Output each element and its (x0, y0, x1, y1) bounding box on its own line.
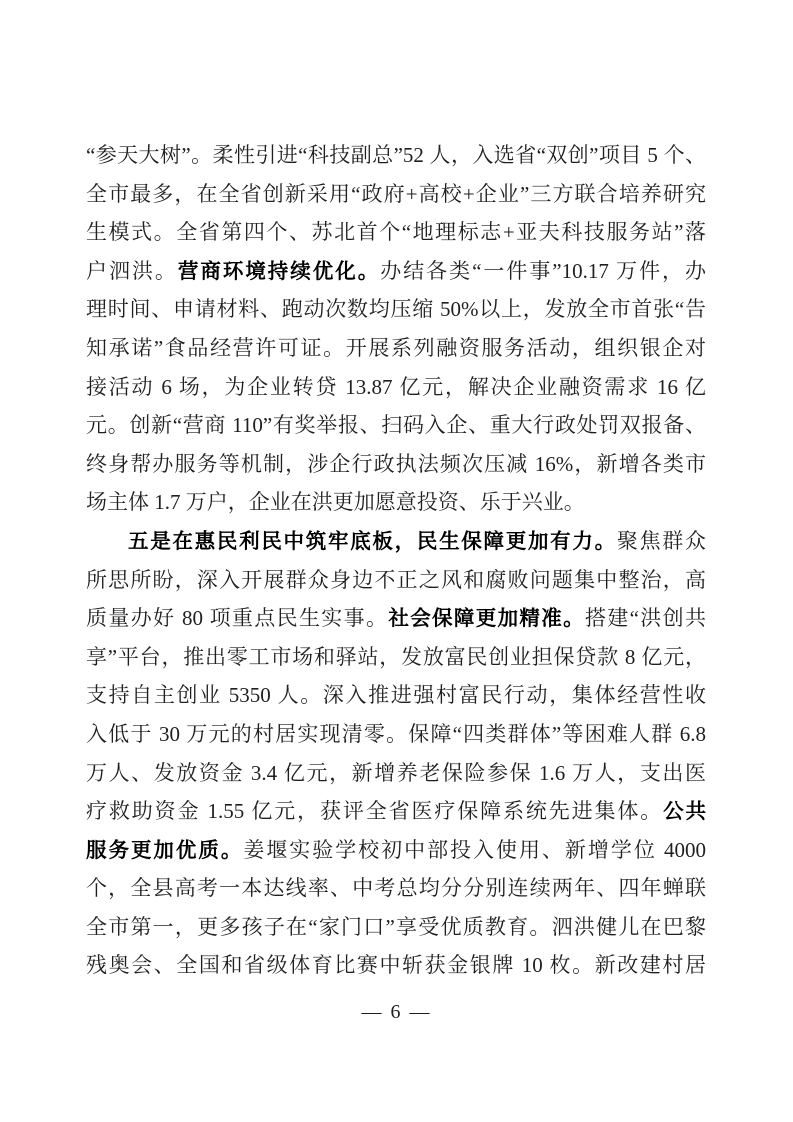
body-text: 个，全县高考一本达线率、中考总均分分别连续两年、四年蝉联 (86, 876, 706, 900)
body-text: 知承诺”食品经营许可证。开展系列融资服务活动，组织银企对 (86, 336, 706, 360)
text-line: 知承诺”食品经营许可证。开展系列融资服务活动，组织银企对 (86, 329, 706, 368)
text-line: 享”平台，推出零工市场和驿站，发放富民创业担保贷款 8 亿元， (86, 638, 706, 677)
body-text: 残奥会、全国和省级体育比赛中斩获金银牌 10 枚。新改建村居 (86, 953, 706, 977)
text-line: 终身帮办服务等机制，涉企行政执法频次压减 16%，新增各类市 (86, 445, 706, 484)
text-line: 接活动 6 场，为企业转贷 13.87 亿元，解决企业融资需求 16 亿 (86, 368, 706, 407)
body-text: 所思所盼，深入开展群众身边不正之风和腐败问题集中整治，高 (86, 568, 706, 592)
document-page: “参天大树”。柔性引进“科技副总”52 人，入选省“双创”项目 5 个、全市最多… (0, 0, 793, 1122)
text-line: 残奥会、全国和省级体育比赛中斩获金银牌 10 枚。新改建村居 (86, 946, 706, 985)
text-line: 服务更加优质。姜堰实验学校初中部投入使用、新增学位 4000 (86, 831, 706, 870)
emphasis-text: 社会保障更加精准。 (388, 607, 585, 630)
emphasis-text: 营商环境持续优化。 (178, 260, 380, 283)
emphasis-text: 五是在惠民利民中筑牢底板，民生保障更加有力。 (128, 530, 617, 553)
body-text: 全市最多，在全省创新采用“政府+高校+企业”三方联合培养研究 (86, 182, 706, 206)
body-text: 姜堰实验学校初中部投入使用、新增学位 4000 (243, 838, 706, 862)
text-line: 所思所盼，深入开展群众身边不正之风和腐败问题集中整治，高 (86, 561, 706, 600)
text-line: 万人、发放资金 3.4 亿元，新增养老保险参保 1.6 万人，支出医 (86, 754, 706, 793)
text-line: 户泗洪。营商环境持续优化。办结各类“一件事”10.17 万件，办 (86, 252, 706, 291)
text-line: 全市第一，更多孩子在“家门口”享受优质教育。泗洪健儿在巴黎 (86, 908, 706, 947)
emphasis-text: 服务更加优质。 (86, 839, 243, 862)
text-block: “参天大树”。柔性引进“科技副总”52 人，入选省“双创”项目 5 个、全市最多… (86, 136, 706, 985)
body-text: 支持自主创业 5350 人。深入推进强村富民行动，集体经营性收 (86, 683, 706, 707)
emphasis-text: 公共 (663, 800, 706, 823)
body-text: 质量办好 80 项重点民生实事。 (86, 606, 388, 630)
text-line: 全市最多，在全省创新采用“政府+高校+企业”三方联合培养研究 (86, 175, 706, 214)
body-text: 元。创新“营商 110”有奖举报、扫码入企、重大行政处罚双报备、 (86, 413, 706, 437)
text-line: 生模式。全省第四个、苏北首个“地理标志+亚夫科技服务站”落 (86, 213, 706, 252)
body-text: 生模式。全省第四个、苏北首个“地理标志+亚夫科技服务站”落 (86, 220, 706, 244)
text-line: 质量办好 80 项重点民生实事。社会保障更加精准。搭建“洪创共 (86, 599, 706, 638)
body-text: 疗救助资金 1.55 亿元，获评全省医疗保障系统先进集体。 (86, 799, 663, 823)
text-line: 五是在惠民利民中筑牢底板，民生保障更加有力。聚焦群众 (86, 522, 706, 561)
body-text: 接活动 6 场，为企业转贷 13.87 亿元，解决企业融资需求 16 亿 (86, 375, 706, 399)
text-line: 元。创新“营商 110”有奖举报、扫码入企、重大行政处罚双报备、 (86, 406, 706, 445)
body-text: 聚焦群众 (617, 529, 706, 553)
body-text: 享”平台，推出零工市场和驿站，发放富民创业担保贷款 8 亿元， (86, 645, 706, 669)
text-line: 个，全县高考一本达线率、中考总均分分别连续两年、四年蝉联 (86, 869, 706, 908)
text-line: 场主体 1.7 万户，企业在洪更加愿意投资、乐于兴业。 (86, 483, 706, 522)
page-number: — 6 — (0, 1000, 793, 1024)
body-text: 户泗洪。 (86, 259, 178, 283)
text-line: 疗救助资金 1.55 亿元，获评全省医疗保障系统先进集体。公共 (86, 792, 706, 831)
body-text: 搭建“洪创共 (585, 606, 706, 630)
body-text: 入低于 30 万元的村居实现清零。保障“四类群体”等困难人群 6.8 (86, 722, 706, 746)
text-line: 理时间、申请材料、跑动次数均压缩 50%以上，发放全市首张“告 (86, 290, 706, 329)
text-line: 支持自主创业 5350 人。深入推进强村富民行动，集体经营性收 (86, 676, 706, 715)
body-text: “参天大树”。柔性引进“科技副总”52 人，入选省“双创”项目 5 个、 (86, 143, 706, 167)
text-line: “参天大树”。柔性引进“科技副总”52 人，入选省“双创”项目 5 个、 (86, 136, 706, 175)
body-text: 办结各类“一件事”10.17 万件，办 (380, 259, 706, 283)
body-text: 终身帮办服务等机制，涉企行政执法频次压减 16%，新增各类市 (86, 452, 706, 476)
body-text: 场主体 1.7 万户，企业在洪更加愿意投资、乐于兴业。 (86, 490, 585, 514)
text-line: 入低于 30 万元的村居实现清零。保障“四类群体”等困难人群 6.8 (86, 715, 706, 754)
body-text: 全市第一，更多孩子在“家门口”享受优质教育。泗洪健儿在巴黎 (86, 915, 706, 939)
body-text: 理时间、申请材料、跑动次数均压缩 50%以上，发放全市首张“告 (86, 297, 706, 321)
body-text: 万人、发放资金 3.4 亿元，新增养老保险参保 1.6 万人，支出医 (86, 761, 706, 785)
